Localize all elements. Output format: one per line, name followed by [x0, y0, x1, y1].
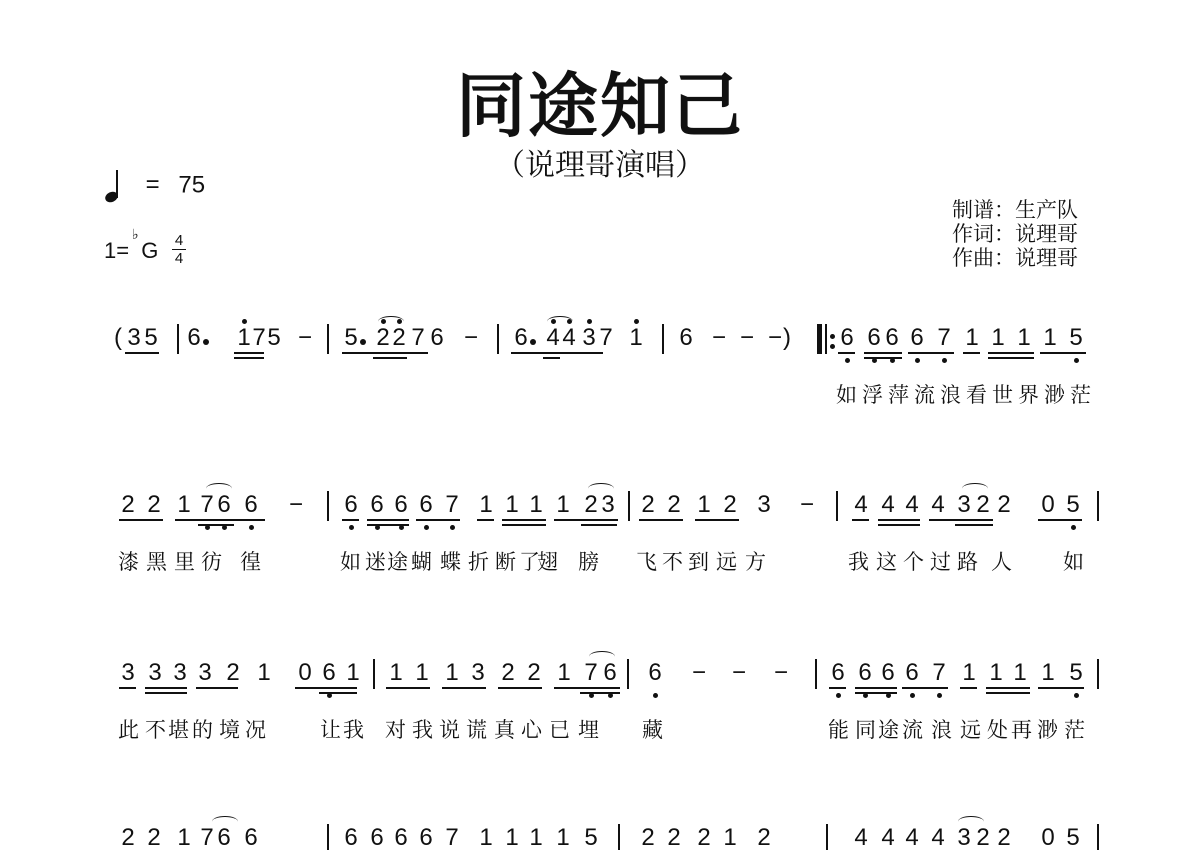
note: 7 — [251, 324, 267, 352]
note: 1 — [555, 824, 571, 850]
lyric: 人 — [991, 549, 1012, 575]
note: 2 — [583, 491, 599, 519]
duration-underline — [955, 524, 993, 526]
lyric: 埋 — [578, 717, 599, 743]
note: 4 — [545, 324, 561, 352]
note: 6 — [243, 491, 259, 519]
octave-dot-below — [589, 693, 594, 698]
note: 5 — [1068, 659, 1084, 687]
duration-underline — [1040, 352, 1086, 354]
duration-underline — [902, 687, 948, 689]
note: 2 — [146, 824, 162, 850]
lyric: 折 — [468, 549, 489, 575]
key-prefix: 1= — [104, 238, 129, 263]
lyric: 不 — [662, 549, 683, 575]
octave-dot-below — [205, 525, 210, 530]
duration-underline — [986, 687, 1030, 689]
duration-underline — [145, 692, 187, 694]
note: 0 — [297, 659, 313, 687]
lyric: 这 — [876, 549, 897, 575]
note: 5 — [143, 324, 159, 352]
credit-composer: 作曲：说理哥 — [952, 246, 1078, 270]
note: 1 — [176, 491, 192, 519]
lyric: 藏 — [642, 717, 663, 743]
duration-underline — [554, 687, 620, 689]
time-signature: 4 4 — [172, 233, 186, 266]
lyric: 蝴 — [411, 549, 432, 575]
lyric: 堪 — [168, 717, 189, 743]
duration-underline — [988, 352, 1034, 354]
octave-dot-below — [872, 358, 877, 363]
note: 3 — [120, 659, 136, 687]
note: 1 — [388, 659, 404, 687]
note: 4 — [880, 824, 896, 850]
lyric: 方 — [745, 549, 766, 575]
lyric: 黑 — [146, 549, 167, 575]
note: 1 — [990, 324, 1006, 352]
dash: − — [296, 324, 314, 352]
lyric: 同 — [855, 717, 876, 743]
note: 6 — [369, 824, 385, 850]
note: 3 — [581, 324, 597, 352]
bar-line — [618, 824, 620, 850]
note: 6 — [393, 824, 409, 850]
note: 6 — [321, 659, 337, 687]
lyric: 翅 — [537, 549, 558, 575]
note: 2 — [391, 324, 407, 352]
duration-underline — [543, 357, 560, 359]
note: 5 — [1065, 824, 1081, 850]
song-title: 同途知己 — [0, 66, 1200, 146]
octave-dot-below — [1074, 358, 1079, 363]
bar-line — [327, 491, 329, 521]
bar-line — [662, 324, 664, 354]
note: 6 — [216, 491, 232, 519]
note: 6 — [880, 659, 896, 687]
lyric: 里 — [174, 549, 195, 575]
octave-dot-below — [863, 693, 868, 698]
duration-underline — [367, 519, 409, 521]
duration-underline — [988, 357, 1034, 359]
duration-underline — [695, 519, 739, 521]
lyric: 让 — [320, 717, 341, 743]
note: 3 — [197, 659, 213, 687]
note: 7 — [444, 491, 460, 519]
duration-underline — [196, 687, 238, 689]
lyric: 漆 — [118, 549, 139, 575]
note: 6 — [839, 324, 855, 352]
bar-line — [826, 824, 828, 850]
note: 3 — [756, 491, 772, 519]
note: 7 — [936, 324, 952, 352]
note: 2 — [375, 324, 391, 352]
bar-line — [1097, 659, 1099, 689]
note: 3 — [172, 659, 188, 687]
note: 4 — [853, 824, 869, 850]
bar-line — [497, 324, 499, 354]
note: 1 — [1042, 324, 1058, 352]
duration-underline — [878, 519, 920, 521]
note: 1 — [556, 659, 572, 687]
tempo-equals: = — [146, 171, 160, 198]
octave-dot-below — [1074, 693, 1079, 698]
duration-underline — [554, 519, 618, 521]
note: 7 — [931, 659, 947, 687]
octave-dot-below — [349, 525, 354, 530]
octave-dot-below — [327, 693, 332, 698]
note: 1 — [628, 324, 644, 352]
note: 0 — [1040, 491, 1056, 519]
lyric: 蝶 — [440, 549, 461, 575]
tie-slur — [962, 483, 988, 494]
repeat-bar-thick — [817, 324, 822, 354]
duration-underline — [175, 519, 265, 521]
lyric: 能 — [828, 717, 849, 743]
lyric: 再 — [1011, 717, 1032, 743]
note: 3 — [600, 491, 616, 519]
note: 3 — [956, 491, 972, 519]
duration-underline — [580, 692, 620, 694]
note: 7 — [410, 324, 426, 352]
dash: − — [690, 659, 708, 687]
duration-underline — [386, 687, 430, 689]
lyric: 流 — [902, 717, 923, 743]
octave-dot-below — [910, 693, 915, 698]
lyric: 真 — [494, 717, 515, 743]
paren: ( — [113, 324, 123, 352]
note: 6 — [369, 491, 385, 519]
lyric: 茫 — [1064, 717, 1085, 743]
note: 6 — [243, 824, 259, 850]
note: 6 — [602, 659, 618, 687]
note: 6 — [909, 324, 925, 352]
note: 5 — [266, 324, 282, 352]
duration-underline — [864, 357, 902, 359]
note: 1 — [478, 824, 494, 850]
note: 6 — [884, 324, 900, 352]
lyric: 我 — [343, 717, 364, 743]
octave-dot-below — [399, 525, 404, 530]
note: 6 — [678, 324, 694, 352]
lyric: 到 — [688, 549, 709, 575]
repeat-bar-thin — [825, 324, 827, 354]
octave-dot-below — [653, 693, 658, 698]
duration-underline — [373, 357, 407, 359]
duration-underline — [838, 352, 855, 354]
note: 3 — [126, 324, 142, 352]
duration-underline — [581, 524, 617, 526]
time-sig-bottom: 4 — [172, 251, 186, 266]
note: 5 — [1065, 491, 1081, 519]
duration-underline — [986, 692, 1030, 694]
tie-slur — [547, 316, 573, 327]
duration-underline — [502, 519, 546, 521]
note: 1 — [964, 324, 980, 352]
note: 2 — [996, 491, 1012, 519]
duration-underline — [1038, 519, 1082, 521]
note: 5 — [1068, 324, 1084, 352]
tie-slur — [589, 651, 615, 662]
note: 1 — [528, 824, 544, 850]
octave-dot-below — [1071, 525, 1076, 530]
note: 2 — [722, 491, 738, 519]
note: 1 — [345, 659, 361, 687]
duration-underline — [864, 352, 902, 354]
octave-dot-below — [249, 525, 254, 530]
note: 2 — [640, 491, 656, 519]
credit-lyricist: 作词：说理哥 — [952, 222, 1078, 246]
note: 7 — [583, 659, 599, 687]
note: 1 — [722, 824, 738, 850]
duration-underline — [855, 692, 897, 694]
octave-dot-below — [608, 693, 613, 698]
lyric: 浪 — [931, 717, 952, 743]
duration-underline — [198, 524, 234, 526]
octave-dot-below — [845, 358, 850, 363]
note: 1 — [555, 491, 571, 519]
note: 7 — [444, 824, 460, 850]
note: 6 — [647, 659, 663, 687]
lyric: 路 — [957, 549, 978, 575]
lyric: 不 — [145, 717, 166, 743]
duration-underline — [119, 519, 163, 521]
lyric: 如浮萍流浪看世界渺茫 — [836, 382, 1096, 408]
lyric: 的 — [192, 717, 213, 743]
octave-dot-below — [942, 358, 947, 363]
lyric: 此 — [118, 717, 139, 743]
tie-slur — [958, 816, 984, 827]
note: 4 — [904, 824, 920, 850]
lyric: 谎 — [466, 717, 487, 743]
time-sig-top: 4 — [172, 233, 186, 248]
note: 2 — [996, 824, 1012, 850]
duration-underline — [1038, 687, 1084, 689]
note: 1 — [1040, 659, 1056, 687]
lyric: 膀 — [578, 549, 599, 575]
note: 6 — [343, 491, 359, 519]
note: 2 — [666, 491, 682, 519]
duration-underline — [929, 519, 993, 521]
dash: − — [287, 491, 305, 519]
duration-underline — [367, 524, 409, 526]
tie-slur — [378, 316, 404, 327]
note: 5 — [343, 324, 359, 352]
duration-underline — [319, 692, 357, 694]
bar-line — [1097, 491, 1099, 521]
bar-line — [327, 324, 329, 354]
key-signature: 1= ♭ G — [104, 238, 158, 264]
duration-underline — [960, 687, 977, 689]
octave-dot-below — [222, 525, 227, 530]
augmentation-dot — [360, 339, 366, 345]
repeat-dot — [830, 334, 835, 339]
note: 7 — [199, 824, 215, 850]
octave-dot-above — [587, 319, 592, 324]
note: 3 — [956, 824, 972, 850]
lyric: 远 — [960, 717, 981, 743]
note: 1 — [696, 491, 712, 519]
note: 4 — [880, 491, 896, 519]
augmentation-dot — [203, 339, 209, 345]
tempo-value: 75 — [178, 171, 205, 198]
octave-dot-below — [886, 693, 891, 698]
note: 4 — [561, 324, 577, 352]
bar-line — [373, 659, 375, 689]
bar-line — [627, 659, 629, 689]
note: 2 — [146, 491, 162, 519]
bar-line — [177, 324, 179, 354]
note: 1 — [528, 491, 544, 519]
paren: ) — [782, 324, 792, 352]
note: 1 — [504, 491, 520, 519]
lyric: 迷 — [365, 549, 386, 575]
tie-slur — [588, 483, 614, 494]
note: 3 — [470, 659, 486, 687]
duration-underline — [852, 519, 869, 521]
lyric: 况 — [245, 717, 266, 743]
lyric: 断 — [495, 549, 516, 575]
note: 1 — [236, 324, 252, 352]
note: 1 — [176, 824, 192, 850]
duration-underline — [829, 687, 846, 689]
duration-underline — [295, 687, 357, 689]
duration-underline — [119, 687, 136, 689]
dash: − — [710, 324, 728, 352]
dash: − — [772, 659, 790, 687]
note: 2 — [120, 491, 136, 519]
duration-underline — [442, 687, 486, 689]
duration-underline — [234, 357, 264, 359]
lyric: 途 — [878, 717, 899, 743]
note: 6 — [343, 824, 359, 850]
bar-line — [815, 659, 817, 689]
octave-dot-above — [242, 319, 247, 324]
duration-underline — [477, 519, 494, 521]
note: 6 — [393, 491, 409, 519]
lyric: 如 — [1063, 549, 1084, 575]
duration-underline — [502, 524, 546, 526]
note: 4 — [904, 491, 920, 519]
duration-underline — [855, 687, 897, 689]
note: 1 — [988, 659, 1004, 687]
note: 4 — [930, 491, 946, 519]
dash: − — [738, 324, 756, 352]
credits: 制谱：生产队 作词：说理哥 作曲：说理哥 — [952, 198, 1078, 270]
octave-dot-below — [450, 525, 455, 530]
note: 6 — [904, 659, 920, 687]
repeat-dot — [830, 344, 835, 349]
tempo-marking: = 75 — [105, 170, 205, 202]
credit-arranger: 制谱：生产队 — [952, 198, 1078, 222]
duration-underline — [639, 519, 683, 521]
note: 2 — [756, 824, 772, 850]
note: 6 — [418, 824, 434, 850]
bar-line — [327, 824, 329, 850]
bar-line — [836, 491, 838, 521]
note: 5 — [583, 824, 599, 850]
lyric: 彷 — [201, 549, 222, 575]
note: 1 — [1016, 324, 1032, 352]
note: 6 — [830, 659, 846, 687]
duration-underline — [878, 524, 920, 526]
duration-underline — [342, 519, 359, 521]
octave-dot-below — [836, 693, 841, 698]
note: 6 — [186, 324, 202, 352]
note: 3 — [147, 659, 163, 687]
lyric: 已 — [549, 717, 570, 743]
note: 2 — [666, 824, 682, 850]
note: 2 — [120, 824, 136, 850]
note: 6 — [857, 659, 873, 687]
note: 2 — [975, 824, 991, 850]
augmentation-dot — [530, 339, 536, 345]
note: 1 — [414, 659, 430, 687]
octave-dot-below — [915, 358, 920, 363]
lyric: 飞 — [636, 549, 657, 575]
note: 6 — [216, 824, 232, 850]
note: 1 — [961, 659, 977, 687]
lyric: 说 — [439, 717, 460, 743]
tie-slur — [212, 816, 238, 827]
duration-underline — [416, 519, 460, 521]
octave-dot-below — [890, 358, 895, 363]
note: 7 — [598, 324, 614, 352]
duration-underline — [145, 687, 187, 689]
note: 6 — [418, 491, 434, 519]
octave-dot-below — [375, 525, 380, 530]
octave-dot-below — [424, 525, 429, 530]
note: 1 — [444, 659, 460, 687]
lyric: 心 — [521, 717, 542, 743]
lyric: 境 — [219, 717, 240, 743]
note: 1 — [504, 824, 520, 850]
lyric: 我 — [848, 549, 869, 575]
lyric: 徨 — [240, 549, 261, 575]
octave-dot-above — [634, 319, 639, 324]
duration-underline — [511, 352, 603, 354]
dash: − — [798, 491, 816, 519]
note: 6 — [513, 324, 529, 352]
duration-underline — [234, 352, 264, 354]
lyric: 处 — [987, 717, 1008, 743]
duration-underline — [908, 352, 954, 354]
duration-underline — [498, 687, 542, 689]
lyric: 对 — [385, 717, 406, 743]
note: 6 — [429, 324, 445, 352]
duration-underline — [125, 352, 159, 354]
note: 4 — [930, 824, 946, 850]
note: 2 — [640, 824, 656, 850]
lyric: 如 — [340, 549, 361, 575]
tie-slur — [206, 483, 232, 494]
note: 1 — [478, 491, 494, 519]
lyric: 渺 — [1037, 717, 1058, 743]
bar-line — [628, 491, 630, 521]
note: 2 — [526, 659, 542, 687]
dash: − — [730, 659, 748, 687]
note: 2 — [696, 824, 712, 850]
lyric: 途 — [387, 549, 408, 575]
key-note: G — [141, 238, 158, 263]
lyric: 我 — [412, 717, 433, 743]
duration-underline — [963, 352, 980, 354]
note: 1 — [1012, 659, 1028, 687]
note: 4 — [853, 491, 869, 519]
lyric: 个 — [903, 549, 924, 575]
dash: − — [462, 324, 480, 352]
note: 2 — [975, 491, 991, 519]
note: 7 — [199, 491, 215, 519]
